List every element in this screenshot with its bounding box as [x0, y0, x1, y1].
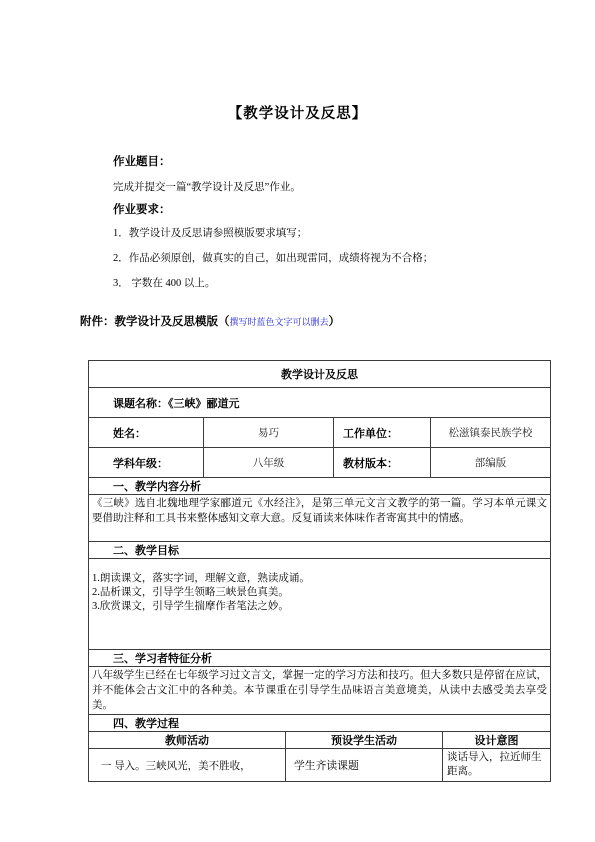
- attachment-blue-note: 撰写时蓝色文字可以删去: [230, 317, 329, 327]
- grade-label: 学科年级：: [89, 448, 204, 478]
- grade-value: 八年级: [204, 448, 334, 478]
- edition-value: 部编版: [431, 448, 551, 478]
- workplace-value: 松滋镇泰民族学校: [431, 418, 551, 448]
- edition-label: 教材版本：: [334, 448, 431, 478]
- workplace-label: 工作单位：: [334, 418, 431, 448]
- teaching-design-form: 教学设计及反思 课题名称：《三峡》郦道元 姓名： 易巧 工作单位： 松滋镇泰民族…: [88, 360, 550, 782]
- form-table-process: 四、教学过程 教师活动 预设学生活动 设计意图 一 导入。三峡风光，美不胜收， …: [88, 714, 551, 782]
- assignment-topic-text: 完成并提交一篇“教学设计及反思”作业。: [113, 179, 301, 194]
- assignment-requirement-item: 1．教学设计及反思请参照模版要求填写；: [113, 225, 307, 240]
- section-heading-content-analysis: 一、教学内容分析: [89, 478, 551, 495]
- assignment-requirement-item: 3． 字数在 400 以上。: [113, 275, 215, 290]
- attachment-label-prefix: 附件：教学设计及反思模版（: [80, 316, 230, 328]
- table-row: 课题名称：《三峡》郦道元: [89, 388, 551, 418]
- section-heading-teaching-process: 四、教学过程: [89, 715, 551, 732]
- section-body-content-analysis: 《三峡》选自北魏地理学家郦道元《水经注》，是第三单元文言文教学的第一篇。学习本单…: [89, 495, 551, 542]
- name-label: 姓名：: [89, 418, 204, 448]
- table-row: 三、学习者特征分析: [89, 650, 551, 667]
- table-row: 一 导入。三峡风光，美不胜收， 学生齐读课题 谈话导入，拉近师生距离。: [89, 749, 551, 782]
- process-cell-student-activity: 学生齐读课题: [286, 749, 443, 782]
- form-header: 教学设计及反思: [89, 361, 551, 388]
- table-row: 四、教学过程: [89, 715, 551, 732]
- section-body-learner-analysis: 八年级学生已经在七年级学习过文言文，掌握一定的学习方法和技巧。但大多数只是停留在…: [89, 667, 551, 715]
- course-topic-row: 课题名称：《三峡》郦道元: [89, 388, 551, 418]
- document-title: 【教学设计及反思】: [0, 102, 595, 123]
- table-row: 二、教学目标: [89, 542, 551, 559]
- section-body-teaching-goals: 1.朗读课文，落实字词，理解文意，熟读成诵。 2.品析课文，引导学生领略三峡景色…: [89, 559, 551, 650]
- table-row: 姓名： 易巧 工作单位： 松滋镇泰民族学校: [89, 418, 551, 448]
- form-table-main: 教学设计及反思 课题名称：《三峡》郦道元 姓名： 易巧 工作单位： 松滋镇泰民族…: [88, 360, 551, 715]
- assignment-topic-label: 作业题目：: [113, 153, 171, 169]
- table-row: 学科年级： 八年级 教材版本： 部编版: [89, 448, 551, 478]
- goal-line: 1.朗读课文，落实字词，理解文意，熟读成诵。: [92, 572, 547, 586]
- assignment-requirement-item: 2．作品必须原创，做真实的自己，如出现雷同，成绩将视为不合格；: [113, 250, 433, 265]
- process-header-teacher-activity: 教师活动: [89, 732, 286, 749]
- table-row: 教师活动 预设学生活动 设计意图: [89, 732, 551, 749]
- table-row: 《三峡》选自北魏地理学家郦道元《水经注》，是第三单元文言文教学的第一篇。学习本单…: [89, 495, 551, 542]
- process-header-design-intent: 设计意图: [443, 732, 551, 749]
- attachment-line: 附件：教学设计及反思模版（撰写时蓝色文字可以删去）: [80, 313, 340, 329]
- process-header-student-activity: 预设学生活动: [286, 732, 443, 749]
- name-value: 易巧: [204, 418, 334, 448]
- table-row: 一、教学内容分析: [89, 478, 551, 495]
- table-row: 教学设计及反思: [89, 361, 551, 388]
- process-cell-design-intent: 谈话导入，拉近师生距离。: [443, 749, 551, 782]
- section-heading-teaching-goals: 二、教学目标: [89, 542, 551, 559]
- assignment-requirements-label: 作业要求：: [113, 201, 171, 217]
- attachment-label-suffix: ）: [329, 316, 341, 328]
- goal-line: 3.欣赏课文，引导学生揣摩作者笔法之妙。: [92, 600, 547, 614]
- goal-line: 2.品析课文，引导学生领略三峡景色真美。: [92, 586, 547, 600]
- process-cell-teacher-activity: 一 导入。三峡风光，美不胜收，: [89, 749, 286, 782]
- document-page: 【教学设计及反思】 作业题目： 完成并提交一篇“教学设计及反思”作业。 作业要求…: [0, 0, 595, 842]
- table-row: 1.朗读课文，落实字词，理解文意，熟读成诵。 2.品析课文，引导学生领略三峡景色…: [89, 559, 551, 650]
- table-row: 八年级学生已经在七年级学习过文言文，掌握一定的学习方法和技巧。但大多数只是停留在…: [89, 667, 551, 715]
- section-heading-learner-analysis: 三、学习者特征分析: [89, 650, 551, 667]
